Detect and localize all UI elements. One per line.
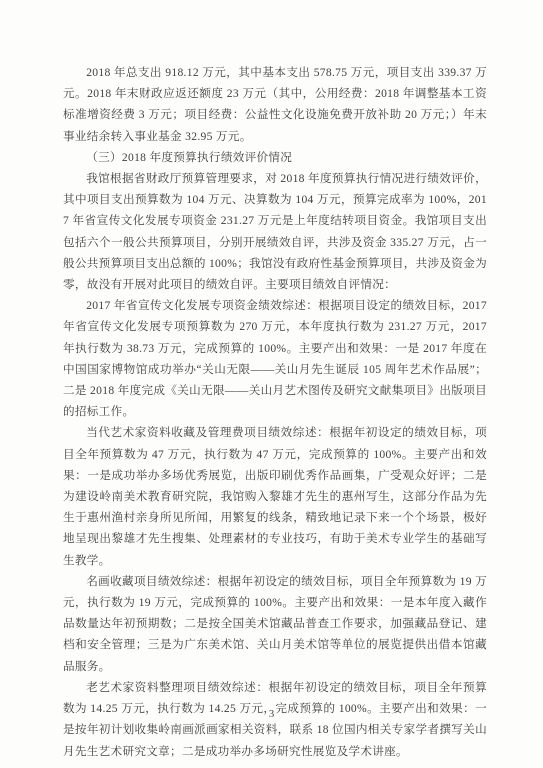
document-body: 2018 年总支出 918.12 万元，其中基本支出 578.75 万元，项目支… (63, 62, 487, 762)
paragraph-evaluation-overview: 我馆根据省财政厅预算管理要求，对 2018 年度预算执行情况进行绩效评价，其中项… (63, 168, 487, 295)
section-heading-performance-evaluation: （三）2018 年度预算执行绩效评价情况 (63, 147, 487, 168)
paragraph-2017-special-fund: 2017 年省宣传文化发展专项资金绩效综述：根据项目设定的绩效目标，2017 年… (63, 295, 487, 422)
paragraph-famous-paintings-collection: 名画收藏项目绩效综述：根据年初设定的绩效目标，项目全年预算数为 19 万元，执行… (63, 571, 487, 677)
paragraph-expenditure-summary: 2018 年总支出 918.12 万元，其中基本支出 578.75 万元，项目支… (63, 62, 487, 147)
page-number: 3 (0, 708, 543, 720)
paragraph-contemporary-artists-fund: 当代艺术家资料收藏及管理费项目绩效综述：根据年初设定的绩效目标，项目全年预算数为… (63, 422, 487, 570)
document-page: 2018 年总支出 918.12 万元，其中基本支出 578.75 万元，项目支… (0, 0, 543, 768)
